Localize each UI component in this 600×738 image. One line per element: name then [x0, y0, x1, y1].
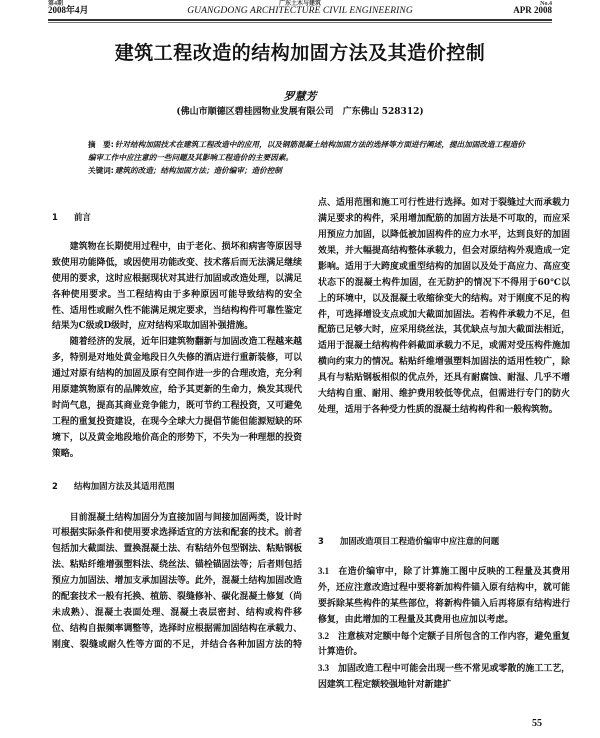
subsection-item: 3.1在造价编审中，除了计算施工图中反映的工程量及其费用外，还应注意改造过程中要… [318, 564, 570, 629]
journal-name: 广东土木与建筑 GUANGDONG ARCHITECTURE CIVIL ENG… [48, 0, 552, 16]
abstract-label: 摘 要: [88, 140, 114, 149]
abstract: 摘 要:针对结构加固技术在建筑工程改造中的应用，以及钢筋混凝土结构加固方法的选择… [88, 138, 528, 164]
keywords-label: 关键词: [88, 166, 114, 175]
issue-date-en: APR 2008 [513, 5, 552, 15]
journal-issue-en: No.4 APR 2008 [513, 0, 552, 15]
section-heading-1: 1前言 [52, 210, 302, 226]
paragraph: 随着经济的发展，近年旧建筑物翻新与加固改造工程越来越多，特别是对地处黄金地段日久… [52, 335, 302, 462]
section-number: 1 [52, 210, 74, 226]
author-name: 罗慧芳 [0, 88, 600, 104]
subsection-item: 3.2注意核对定额中每个定额子目所包含的工作内容，避免重复计算造价。 [318, 629, 570, 662]
subsection-text: 加固改造工程中可能会出现一些不常见或零散的施工工艺，因建筑工程定额较强地针对新建… [318, 664, 570, 690]
abstract-text: 针对结构加固技术在建筑工程改造中的应用，以及钢筋混凝土结构加固方法的选择等方面进… [88, 140, 525, 162]
section-number: 3 [318, 534, 340, 550]
paper-title: 建筑工程改造的结构加固方法及其造价控制 [0, 38, 600, 65]
header-rule [48, 19, 552, 21]
section-heading-2: 2结构加固方法及其适用范围 [52, 479, 302, 495]
subsection-text: 在造价编审中，除了计算施工图中反映的工程量及其费用外，还应注意改造过程中要将新加… [318, 567, 570, 625]
paragraph: 目前混凝土结构加固分为直接加固与间接加固两类，设计时可根据实际条件和使用要求选择… [52, 511, 302, 654]
abstract-block: 摘 要:针对结构加固技术在建筑工程改造中的应用，以及钢筋混凝土结构加固方法的选择… [88, 138, 528, 177]
continued-text: 目前混凝土结构加固分为直接加固与间接加固两类，设计时可根据实际条件和使用要求选择… [318, 196, 570, 514]
paragraph: 建筑物在长期使用过程中，由于老化、损坏和病害等原因导致使用功能降低，或因使用功能… [52, 240, 302, 335]
right-column: 目前混凝土结构加固分为直接加固与间接加固两类，设计时可根据实际条件和使用要求选择… [318, 196, 570, 694]
author-affiliation: (佛山市顺德区碧桂园物业发展有限公司 广东佛山 528312) [0, 104, 600, 117]
section-title: 加固改造项目工程造价编审中应注意的问题 [340, 536, 499, 546]
section-title: 结构加固方法及其适用范围 [74, 481, 175, 491]
paragraph-continued: 目前混凝土结构加固分为直接加固与间接加固两类，设计时可根据实际条件和使用要求选择… [318, 196, 570, 419]
keywords-text: 建筑的改造；结构加固方法；造价编审；造价控制 [115, 166, 282, 175]
left-column: 1前言 建筑物在长期使用过程中，由于老化、损坏和病害等原因导致使用功能降低，或因… [52, 196, 302, 654]
section-title: 前言 [74, 212, 91, 222]
header-rule-thin [48, 22, 552, 23]
subsection-item: 3.3加固改造工程中可能会出现一些不常见或零散的施工工艺，因建筑工程定额较强地针… [318, 661, 570, 694]
subsection-number: 3.2 [318, 629, 338, 645]
keywords: 关键词:建筑的改造；结构加固方法；造价编审；造价控制 [88, 164, 528, 177]
section-number: 2 [52, 479, 74, 495]
subsection-number: 3.1 [318, 564, 338, 580]
journal-name-en: GUANGDONG ARCHITECTURE CIVIL ENGINEERING [187, 6, 413, 16]
subsection-text: 注意核对定额中每个定额子目所包含的工作内容，避免重复计算造价。 [318, 632, 570, 658]
running-head: 第4期 2008年4月 广东土木与建筑 GUANGDONG ARCHITECTU… [48, 0, 552, 20]
page-number: 55 [532, 718, 542, 729]
section-heading-3: 3加固改造项目工程造价编审中应注意的问题 [318, 534, 570, 550]
subsection-number: 3.3 [318, 661, 338, 677]
